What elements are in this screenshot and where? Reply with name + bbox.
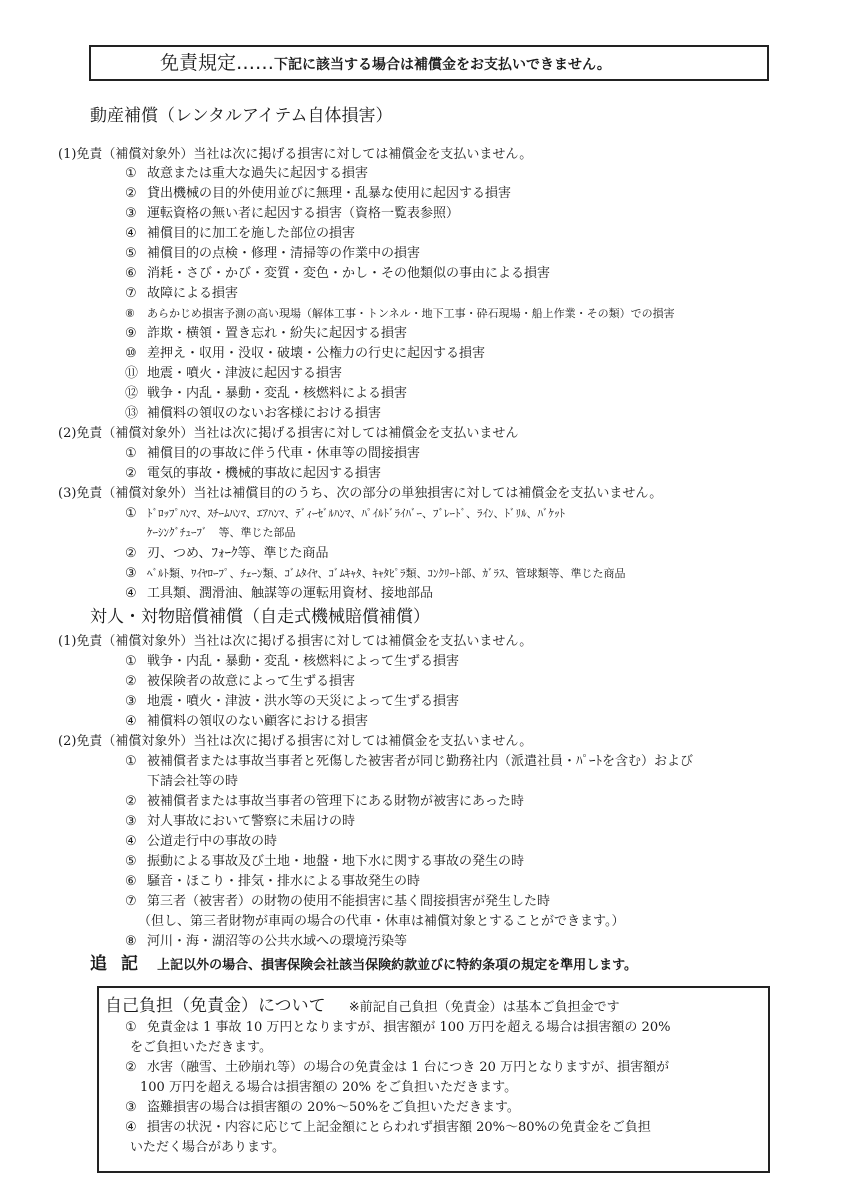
- list-item: ①免責金は 1 事故 10 万円となりますが、損害額が 100 万円を超える場合…: [125, 1021, 670, 1034]
- list-item: ②刃、つめ、ﾌｫｰｸ等、準じた商品: [125, 547, 328, 560]
- list-item: ①故意または重大な過失に起因する損害: [125, 167, 368, 180]
- list-item: ②貸出機械の目的外使用並びに無理・乱暴な使用に起因する損害: [125, 187, 511, 200]
- title-main: 免責規定……: [160, 52, 274, 74]
- list-item: ②水害（融雪、土砂崩れ等）の場合の免責金は 1 台につき 20 万円となりますが…: [125, 1061, 669, 1074]
- addendum-label: 追記: [90, 954, 152, 974]
- deductible-note: ※前記自己負担（免責金）は基本ご負担金です: [349, 1000, 620, 1015]
- list-item: ⑥騒音・ほこり・排気・排水による事故発生の時: [125, 875, 420, 888]
- list-item: ②電気的事故・機械的事故に起因する損害: [125, 467, 381, 480]
- list-item: ⑦故障による損害: [125, 287, 238, 300]
- addendum: 追記 上記以外の場合、損害保険会社該当保険約款並びに特約条項の規定を準用します。: [90, 956, 637, 973]
- list-item: ③運転資格の無い者に起因する損害（資格一覧表参照）: [125, 207, 459, 220]
- section2-heading: 対人・対物賠償補償（自走式機械賠償補償）: [90, 609, 430, 626]
- list-item: ②被補償者または事故当事者の管理下にある財物が被害にあった時: [125, 795, 524, 808]
- list-item: ④工具類、潤滑油、触謀等の運転用資材、接地部品: [125, 587, 433, 600]
- addendum-text: 上記以外の場合、損害保険会社該当保険約款並びに特約条項の規定を準用します。: [157, 958, 637, 973]
- list-item: ③地震・噴火・津波・洪水等の天災によって生ずる損害: [125, 695, 459, 708]
- list-item: ⑬補償料の領収のないお客様における損害: [125, 407, 381, 420]
- page-title: 免責規定……下記に該当する場合は補償金をお支払いできません。: [160, 54, 611, 73]
- section1-clause3-label: (3)免責（補償対象外）当社は補償目的のうち、次の部分の単独損害に対しては補償金…: [58, 487, 662, 500]
- list-item: ④損害の状況・内容に応じて上記金額にとらわれず損害額 20%～80%の免責金をご…: [125, 1121, 651, 1134]
- list-item: ④補償目的に加工を施した部位の損害: [125, 227, 355, 240]
- list-item: ②被保険者の故意によって生ずる損害: [125, 675, 355, 688]
- list-item: ③盗難損害の場合は損害額の 20%～50%をご負担いただきます。: [125, 1101, 520, 1114]
- deductible-heading: 自己負担（免責金）について: [105, 996, 326, 1016]
- list-item: ①補償目的の事故に伴う代車・休車等の間接損害: [125, 447, 420, 460]
- section1-clause2-label: (2)免責（補償対象外）当社は次に掲げる損害に対しては補償金を支払いません: [58, 427, 518, 440]
- list-item-continuation: ｹｰｼﾝｸﾞﾁｭｰﾌﾞ 等、準じた部品: [147, 527, 296, 538]
- list-item: ①被補償者または事故当事者と死傷した被害者が同じ勤務社内（派遣社員・ﾊﾟｰﾄを含…: [125, 755, 693, 768]
- list-item: ⑤補償目的の点検・修理・清掃等の作業中の損害: [125, 247, 420, 260]
- list-item: ①ﾄﾞﾛｯﾌﾟﾊﾝﾏ、ｽﾁｰﾑﾊﾝﾏ、ｴｱﾊﾝﾏ、ﾃﾞｨｰｾﾞﾙﾊﾝﾏ、ﾊﾟｲﾙ…: [125, 507, 565, 520]
- list-item-continuation: いただく場合があります。: [130, 1141, 285, 1154]
- list-item: ⑨詐欺・横領・置き忘れ・紛失に起因する損害: [125, 327, 407, 340]
- list-item: ⑥消耗・さび・かび・変質・変色・かし・その他類似の事由による損害: [125, 267, 550, 280]
- list-item-continuation: 下請会社等の時: [147, 775, 238, 788]
- list-item-continuation: をご負担いただきます。: [130, 1041, 272, 1054]
- list-item: ③対人事故において警察に未届けの時: [125, 815, 355, 828]
- list-item: ⑪地震・噴火・津波に起因する損害: [125, 367, 342, 380]
- section2-clause1-label: (1)免責（補償対象外）当社は次に掲げる損害に対しては補償金を支払いません。: [58, 635, 532, 648]
- list-item: ③ﾍﾞﾙﾄ類、ﾜｲﾔﾛｰﾌﾟ、ﾁｪｰﾝ類、ｺﾞﾑﾀｲﾔ、ｺﾞﾑｷｬﾀ、ｷｬﾀﾋﾟ…: [125, 567, 626, 580]
- list-item: ①戦争・内乱・暴動・変乱・核燃料によって生ずる損害: [125, 655, 459, 668]
- list-item: ④公道走行中の事故の時: [125, 835, 277, 848]
- list-item-continuation: （但し、第三者財物が車両の場合の代車・休車は補償対象とすることができます。）: [138, 915, 624, 928]
- list-item: ⑦第三者（被害者）の財物の使用不能損害に基く間接損害が発生した時: [125, 895, 550, 908]
- list-item: ⑧あらかじめ損害予測の高い現場（解体工事・トンネル・地下工事・砕石現場・船上作業…: [125, 308, 675, 319]
- title-subtitle: 下記に該当する場合は補償金をお支払いできません。: [274, 57, 611, 73]
- section1-heading: 動産補償（レンタルアイテム自体損害）: [90, 108, 393, 125]
- section1-clause1-label: (1)免責（補償対象外）当社は次に掲げる損害に対しては補償金を支払いません。: [58, 148, 532, 161]
- list-item: ⑧河川・海・湖沼等の公共水域への環境汚染等: [125, 935, 407, 948]
- list-item: ⑤振動による事故及び土地・地盤・地下水に関する事故の発生の時: [125, 855, 524, 868]
- list-item: ④補償料の領収のない顧客における損害: [125, 715, 368, 728]
- deductible-heading-row: 自己負担（免責金）について ※前記自己負担（免責金）は基本ご負担金です: [105, 998, 620, 1015]
- section2-clause2-label: (2)免責（補償対象外）当社は次に掲げる損害に対しては補償金を支払いません。: [58, 735, 532, 748]
- list-item: ⑫戦争・内乱・暴動・変乱・核燃料による損害: [125, 387, 407, 400]
- list-item: ⑩差押え・収用・没収・破壊・公権力の行史に起因する損害: [125, 347, 485, 360]
- list-item-continuation: 100 万円を超える場合は損害額の 20% をご負担いただきます。: [140, 1081, 517, 1094]
